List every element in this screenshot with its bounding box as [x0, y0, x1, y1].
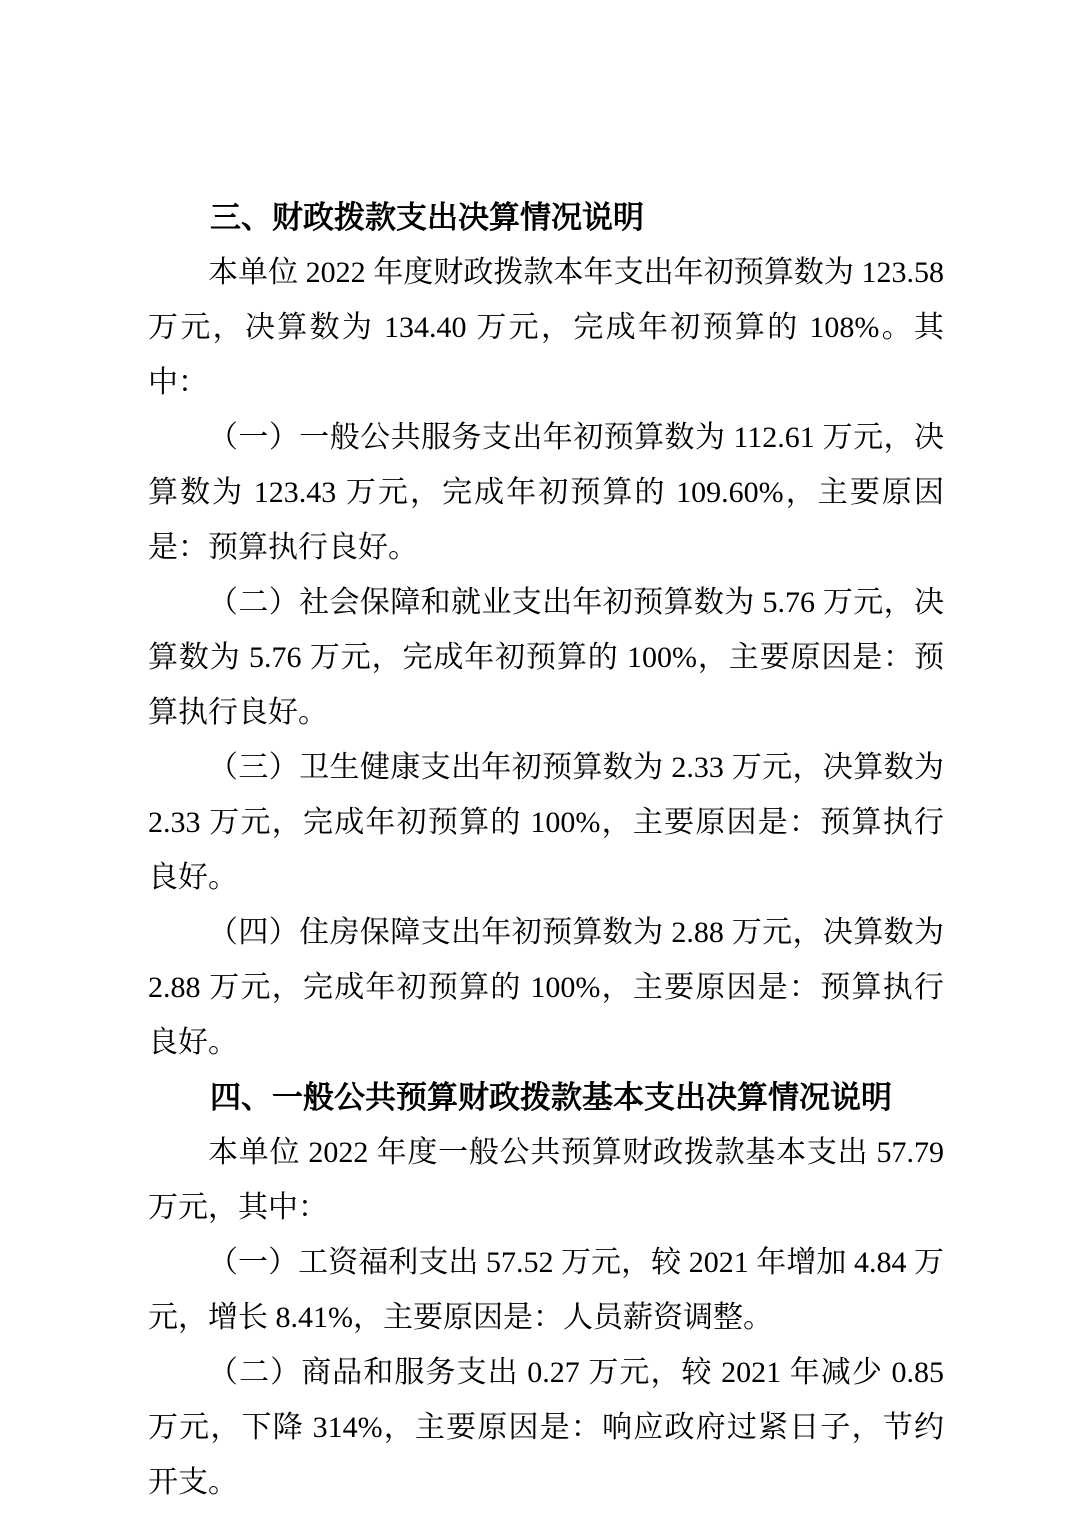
section-3-intro-paragraph: 本单位 2022 年度财政拨款本年支出年初预算数为 123.58 万元，决算数为… [148, 245, 944, 410]
section-4-item-2-goods-services: （二）商品和服务支出 0.27 万元，较 2021 年减少 0.85 万元，下降… [148, 1345, 944, 1510]
section-3-heading: 三、财政拨款支出决算情况说明 [148, 190, 944, 245]
section-3-item-1-general-public-services: （一）一般公共服务支出年初预算数为 112.61 万元，决算数为 123.43 … [148, 410, 944, 575]
section-general-public-budget-basic-expenditure: 四、一般公共预算财政拨款基本支出决算情况说明 本单位 2022 年度一般公共预算… [148, 1070, 944, 1510]
section-4-item-1-salary-welfare: （一）工资福利支出 57.52 万元，较 2021 年增加 4.84 万元，增长… [148, 1235, 944, 1345]
section-fiscal-appropriation-expenditure: 三、财政拨款支出决算情况说明 本单位 2022 年度财政拨款本年支出年初预算数为… [148, 190, 944, 1070]
document-body: 三、财政拨款支出决算情况说明 本单位 2022 年度财政拨款本年支出年初预算数为… [148, 190, 944, 1510]
section-3-item-3-health: （三）卫生健康支出年初预算数为 2.33 万元，决算数为 2.33 万元，完成年… [148, 740, 944, 905]
section-3-item-4-housing-security: （四）住房保障支出年初预算数为 2.88 万元，决算数为 2.88 万元，完成年… [148, 905, 944, 1070]
section-4-heading: 四、一般公共预算财政拨款基本支出决算情况说明 [148, 1070, 944, 1125]
document-page: 三、财政拨款支出决算情况说明 本单位 2022 年度财政拨款本年支出年初预算数为… [0, 0, 1074, 1520]
section-4-intro-paragraph: 本单位 2022 年度一般公共预算财政拨款基本支出 57.79 万元，其中： [148, 1125, 944, 1235]
section-3-item-2-social-security-employment: （二）社会保障和就业支出年初预算数为 5.76 万元，决算数为 5.76 万元，… [148, 575, 944, 740]
